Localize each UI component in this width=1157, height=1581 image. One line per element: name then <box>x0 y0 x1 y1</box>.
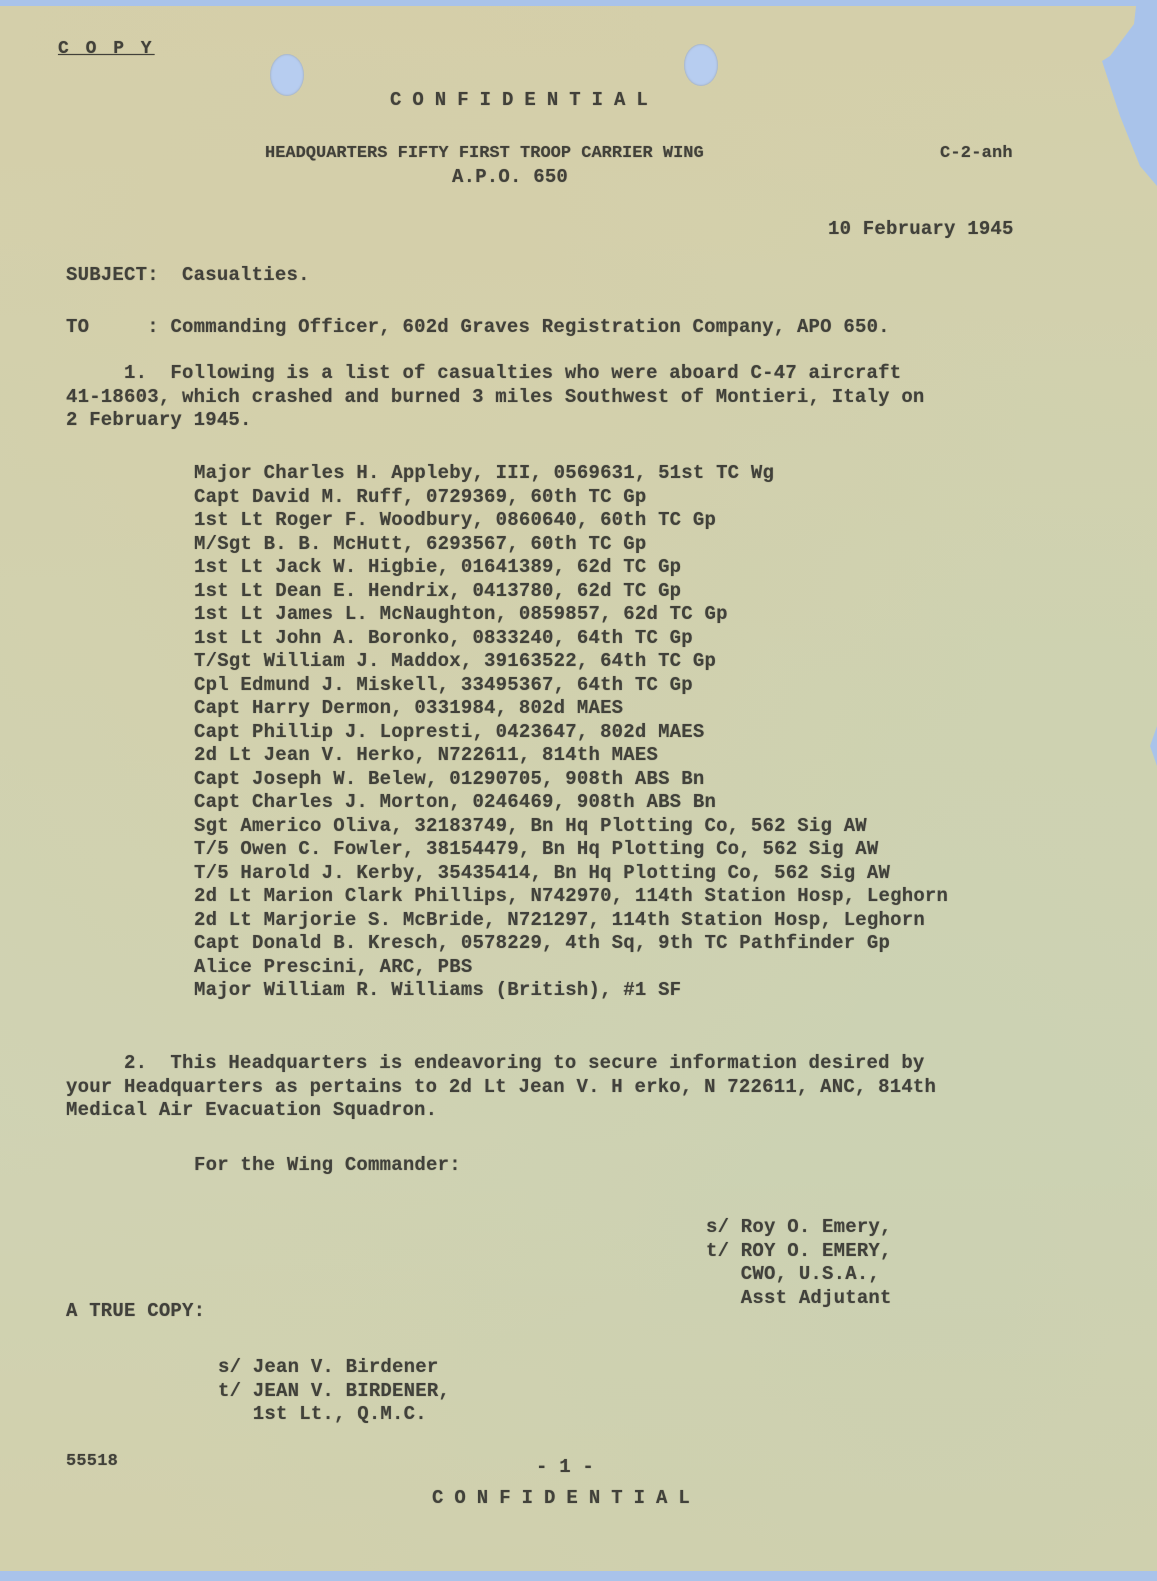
casualty-entry: T/Sgt William J. Maddox, 39163522, 64th … <box>194 650 948 674</box>
to-value: Commanding Officer, 602d Graves Registra… <box>170 316 889 338</box>
paragraph-2: 2. This Headquarters is endeavoring to s… <box>66 1052 936 1123</box>
signature-line: Asst Adjutant <box>706 1287 892 1311</box>
casualty-entry: Capt Charles J. Morton, 0246469, 908th A… <box>194 791 948 815</box>
punch-hole-right <box>684 44 718 86</box>
true-copy-label: A TRUE COPY: <box>66 1300 205 1324</box>
apo-number: A.P.O. 650 <box>452 166 568 190</box>
document-number: 55518 <box>66 1450 118 1474</box>
document-date: 10 February 1945 <box>828 218 1014 242</box>
casualty-entry: Cpl Edmund J. Miskell, 33495367, 64th TC… <box>194 674 948 698</box>
signature-line: s/ Jean V. Birdener <box>218 1356 450 1380</box>
paragraph-1-line: 41-18603, which crashed and burned 3 mil… <box>66 386 925 410</box>
casualty-entry: Major William R. Williams (British), #1 … <box>194 979 948 1003</box>
casualty-entry: 1st Lt Roger F. Woodbury, 0860640, 60th … <box>194 509 948 533</box>
casualty-entry: Alice Prescini, ARC, PBS <box>194 956 948 980</box>
subject-value: Casualties. <box>182 264 310 286</box>
to-label: TO <box>66 316 89 338</box>
paragraph-1: 1. Following is a list of casualties who… <box>66 362 925 433</box>
classification-top: CONFIDENTIAL <box>390 89 659 113</box>
casualty-entry: Major Charles H. Appleby, III, 0569631, … <box>194 462 948 486</box>
true-copy-signature: s/ Jean V. Birdenert/ JEAN V. BIRDENER, … <box>218 1356 450 1427</box>
signature-line: t/ JEAN V. BIRDENER, <box>218 1380 450 1404</box>
casualty-entry: T/5 Owen C. Fowler, 38154479, Bn Hq Plot… <box>194 838 948 862</box>
page-number: - 1 - <box>536 1456 594 1480</box>
casualty-entry: 1st Lt Jack W. Higbie, 01641389, 62d TC … <box>194 556 948 580</box>
casualty-entry: Capt Phillip J. Lopresti, 0423647, 802d … <box>194 721 948 745</box>
casualty-entry: 1st Lt James L. McNaughton, 0859857, 62d… <box>194 603 948 627</box>
to-line: TO : Commanding Officer, 602d Graves Reg… <box>66 316 890 340</box>
signature-line: t/ ROY O. EMERY, <box>706 1240 892 1264</box>
file-reference: C-2-anh <box>940 142 1013 166</box>
document-page: C O P Y CONFIDENTIAL HEADQUARTERS FIFTY … <box>0 6 1157 1571</box>
casualty-entry: Capt Joseph W. Belew, 01290705, 908th AB… <box>194 768 948 792</box>
classification-bottom: CONFIDENTIAL <box>432 1487 701 1511</box>
casualty-entry: Capt Donald B. Kresch, 0578229, 4th Sq, … <box>194 932 948 956</box>
punch-hole-left <box>270 54 304 96</box>
to-separator: : <box>147 316 159 338</box>
signature-line: CWO, U.S.A., <box>706 1263 892 1287</box>
paragraph-2-line: your Headquarters as pertains to 2d Lt J… <box>66 1076 936 1100</box>
closing-line: For the Wing Commander: <box>194 1154 461 1178</box>
signature-line: s/ Roy O. Emery, <box>706 1216 892 1240</box>
casualty-entry: 1st Lt Dean E. Hendrix, 0413780, 62d TC … <box>194 580 948 604</box>
paragraph-1-line: 2 February 1945. <box>66 409 925 433</box>
casualty-entry: 2d Lt Jean V. Herko, N722611, 814th MAES <box>194 744 948 768</box>
paragraph-1-line: 1. Following is a list of casualties who… <box>66 362 925 386</box>
paragraph-2-line: 2. This Headquarters is endeavoring to s… <box>66 1052 936 1076</box>
casualty-entry: Sgt Americo Oliva, 32183749, Bn Hq Plott… <box>194 815 948 839</box>
casualty-entry: 1st Lt John A. Boronko, 0833240, 64th TC… <box>194 627 948 651</box>
casualty-entry: Capt David M. Ruff, 0729369, 60th TC Gp <box>194 486 948 510</box>
casualty-entry: T/5 Harold J. Kerby, 35435414, Bn Hq Plo… <box>194 862 948 886</box>
signature-block: s/ Roy O. Emery,t/ ROY O. EMERY, CWO, U.… <box>706 1216 892 1310</box>
casualty-entry: 2d Lt Marion Clark Phillips, N742970, 11… <box>194 885 948 909</box>
casualty-entry: M/Sgt B. B. McHutt, 6293567, 60th TC Gp <box>194 533 948 557</box>
subject-line: SUBJECT: Casualties. <box>66 264 310 288</box>
casualty-list: Major Charles H. Appleby, III, 0569631, … <box>194 462 948 1003</box>
paragraph-2-line: Medical Air Evacuation Squadron. <box>66 1099 936 1123</box>
subject-label: SUBJECT: <box>66 264 159 286</box>
headquarters-title: HEADQUARTERS FIFTY FIRST TROOP CARRIER W… <box>265 142 704 166</box>
casualty-entry: 2d Lt Marjorie S. McBride, N721297, 114t… <box>194 909 948 933</box>
casualty-entry: Capt Harry Dermon, 0331984, 802d MAES <box>194 697 948 721</box>
signature-line: 1st Lt., Q.M.C. <box>218 1403 450 1427</box>
copy-mark: C O P Y <box>58 38 155 62</box>
